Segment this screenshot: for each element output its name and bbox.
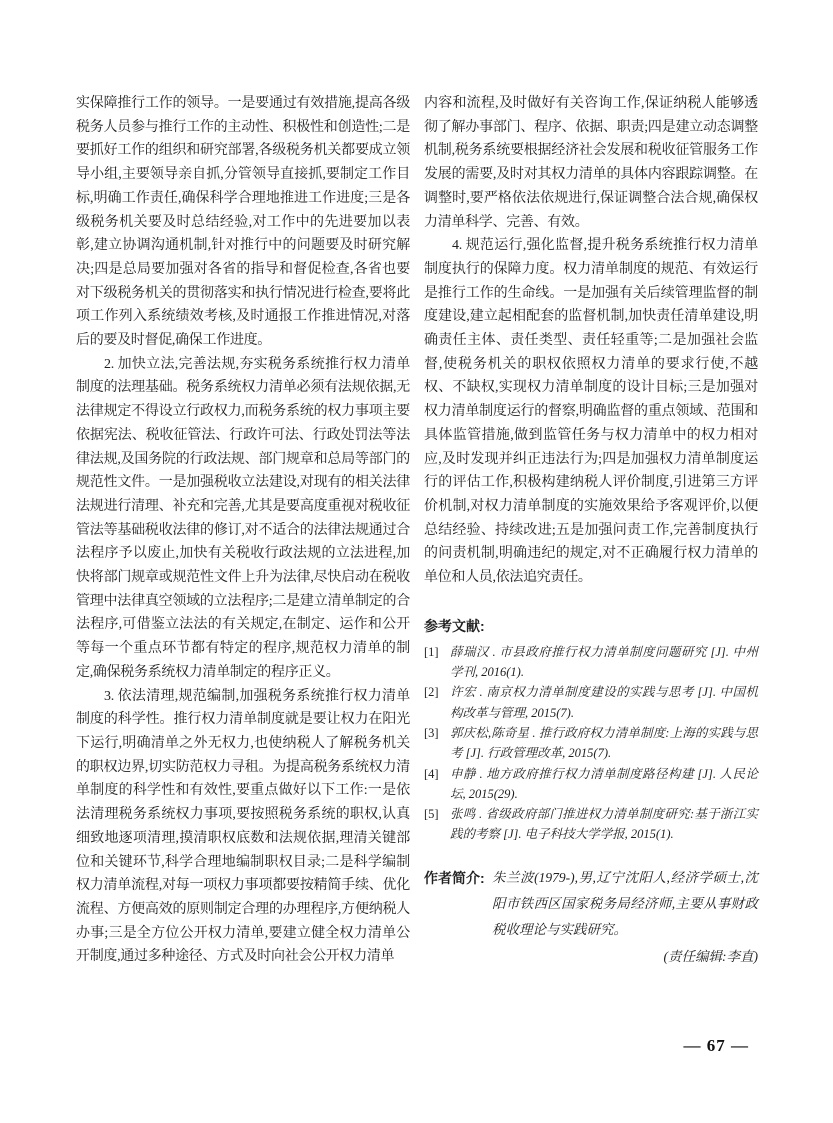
reference-label: [1] xyxy=(424,642,439,662)
journal-page: 实保障推行工作的领导。一是要通过有效措施,提高各级税务人员参与推行工作的主动性、… xyxy=(0,0,833,1123)
reference-item: [5] 张鸣 . 省级政府部门推进权力清单制度研究:基于浙江实践的考察 [J].… xyxy=(424,804,758,845)
reference-label: [3] xyxy=(424,723,439,743)
reference-text: 许宏 . 南京权力清单制度建设的实践与思考 [J]. 中国机构改革与管理, 20… xyxy=(450,685,758,719)
reference-item: [1] 薛瑞汉 . 市县政府推行权力清单制度问题研究 [J]. 中州学刊, 20… xyxy=(424,642,758,683)
reference-label: [2] xyxy=(424,682,439,702)
column-right: 内容和流程,及时做好有关咨询工作,保证纳税人能够透彻了解办事部门、程序、依据、职… xyxy=(424,92,758,969)
editor-note: (责任编辑:李直) xyxy=(424,945,758,969)
paragraph-point-4: 4. 规范运行,强化监督,提升税务系统推行权力清单制度执行的保障力度。权力清单制… xyxy=(424,234,758,590)
reference-text: 郭庆松,陈奇星 . 推行政府权力清单制度:上海的实践与思考 [J]. 行政管理改… xyxy=(450,726,758,760)
two-column-content: 实保障推行工作的领导。一是要通过有效措施,提高各级税务人员参与推行工作的主动性、… xyxy=(76,92,758,969)
paragraph-point-2: 2. 加快立法,完善法规,夯实税务系统推行权力清单制度的法理基础。税务系统权力清… xyxy=(76,353,410,685)
author-bio-block: 作者简介: 朱兰波(1979-),男,辽宁沈阳人,经济学硕士,沈阳市铁西区国家税… xyxy=(424,865,758,943)
paragraph-point-3: 3. 依法清理,规范编制,加强税务系统推行权力清单制度的科学性。推行权力清单制度… xyxy=(76,685,410,969)
references-list: [1] 薛瑞汉 . 市县政府推行权力清单制度问题研究 [J]. 中州学刊, 20… xyxy=(424,642,758,845)
reference-label: [4] xyxy=(424,764,439,784)
paragraph-continuation-1: 实保障推行工作的领导。一是要通过有效措施,提高各级税务人员参与推行工作的主动性、… xyxy=(76,92,410,353)
page-number: — 67 — xyxy=(684,1036,750,1056)
reference-label: [5] xyxy=(424,804,439,824)
reference-text: 申静 . 地方政府推行权力清单制度路径构建 [J]. 人民论坛, 2015(29… xyxy=(450,767,758,801)
reference-item: [4] 申静 . 地方政府推行权力清单制度路径构建 [J]. 人民论坛, 201… xyxy=(424,764,758,805)
author-bio-text: 朱兰波(1979-),男,辽宁沈阳人,经济学硕士,沈阳市铁西区国家税务局经济师,… xyxy=(492,870,758,937)
reference-item: [3] 郭庆松,陈奇星 . 推行政府权力清单制度:上海的实践与思考 [J]. 行… xyxy=(424,723,758,764)
paragraph-continuation-2: 内容和流程,及时做好有关咨询工作,保证纳税人能够透彻了解办事部门、程序、依据、职… xyxy=(424,92,758,234)
reference-item: [2] 许宏 . 南京权力清单制度建设的实践与思考 [J]. 中国机构改革与管理… xyxy=(424,682,758,723)
reference-text: 薛瑞汉 . 市县政府推行权力清单制度问题研究 [J]. 中州学刊, 2016(1… xyxy=(450,645,758,679)
column-left: 实保障推行工作的领导。一是要通过有效措施,提高各级税务人员参与推行工作的主动性、… xyxy=(76,92,410,969)
references-heading: 参考文献: xyxy=(424,616,758,636)
reference-text: 张鸣 . 省级政府部门推进权力清单制度研究:基于浙江实践的考察 [J]. 电子科… xyxy=(450,807,758,841)
author-bio-label: 作者简介: xyxy=(424,865,485,891)
